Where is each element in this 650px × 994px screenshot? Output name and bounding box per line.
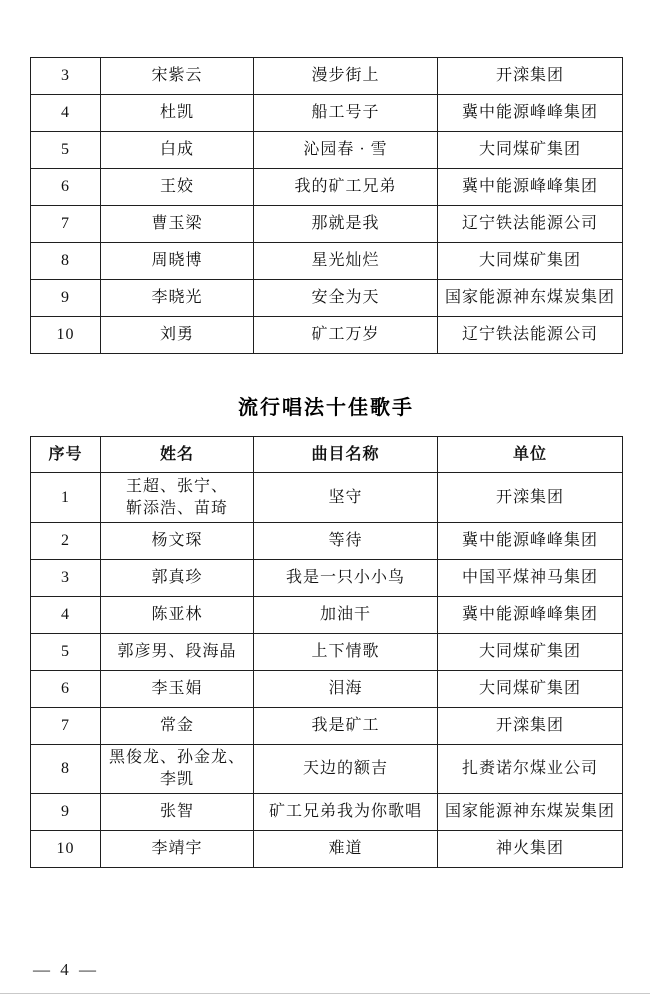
cell-serial: 10 xyxy=(31,831,101,868)
cell-name: 李玉娟 xyxy=(101,671,254,708)
table-row: 4 杜凯 船工号子 冀中能源峰峰集团 xyxy=(31,95,623,132)
cell-organization: 开滦集团 xyxy=(438,58,623,95)
cell-serial: 7 xyxy=(31,206,101,243)
column-header-organization: 单位 xyxy=(438,437,623,473)
cell-organization: 国家能源神东煤炭集团 xyxy=(438,794,623,831)
cell-serial: 10 xyxy=(31,317,101,354)
cell-organization: 神火集团 xyxy=(438,831,623,868)
cell-name: 宋紫云 xyxy=(101,58,254,95)
cell-song: 上下情歌 xyxy=(254,634,438,671)
table-header-row: 序号 姓名 曲目名称 单位 xyxy=(31,437,623,473)
cell-song: 那就是我 xyxy=(254,206,438,243)
pop-singers-table: 序号 姓名 曲目名称 单位 1 王超、张宁、 靳添浩、苗琦 坚守 开滦集团 2 … xyxy=(30,436,623,868)
cell-song: 矿工万岁 xyxy=(254,317,438,354)
singers-table-continued: 3 宋紫云 漫步街上 开滦集团 4 杜凯 船工号子 冀中能源峰峰集团 5 白成 … xyxy=(30,57,623,354)
cell-name: 刘勇 xyxy=(101,317,254,354)
cell-name: 陈亚林 xyxy=(101,597,254,634)
cell-name: 曹玉梁 xyxy=(101,206,254,243)
section-title: 流行唱法十佳歌手 xyxy=(30,395,622,421)
cell-organization: 冀中能源峰峰集团 xyxy=(438,523,623,560)
cell-song: 坚守 xyxy=(254,473,438,523)
table-row: 3 郭真珍 我是一只小小鸟 中国平煤神马集团 xyxy=(31,560,623,597)
cell-serial: 9 xyxy=(31,280,101,317)
table-row: 7 曹玉梁 那就是我 辽宁铁法能源公司 xyxy=(31,206,623,243)
cell-serial: 2 xyxy=(31,523,101,560)
table-row: 3 宋紫云 漫步街上 开滦集团 xyxy=(31,58,623,95)
table-row: 9 李晓光 安全为天 国家能源神东煤炭集团 xyxy=(31,280,623,317)
cell-song: 漫步街上 xyxy=(254,58,438,95)
cell-song: 我是矿工 xyxy=(254,708,438,745)
cell-name: 王姣 xyxy=(101,169,254,206)
table-row: 8 周晓博 星光灿烂 大同煤矿集团 xyxy=(31,243,623,280)
cell-organization: 中国平煤神马集团 xyxy=(438,560,623,597)
table-row: 5 郭彦男、段海晶 上下情歌 大同煤矿集团 xyxy=(31,634,623,671)
cell-organization: 大同煤矿集团 xyxy=(438,671,623,708)
cell-serial: 3 xyxy=(31,58,101,95)
cell-name: 周晓博 xyxy=(101,243,254,280)
cell-song: 船工号子 xyxy=(254,95,438,132)
cell-name: 李晓光 xyxy=(101,280,254,317)
cell-serial: 8 xyxy=(31,745,101,794)
cell-name: 郭真珍 xyxy=(101,560,254,597)
cell-organization: 辽宁铁法能源公司 xyxy=(438,317,623,354)
cell-song: 沁园春 · 雪 xyxy=(254,132,438,169)
cell-name: 常金 xyxy=(101,708,254,745)
cell-organization: 冀中能源峰峰集团 xyxy=(438,95,623,132)
table-row: 7 常金 我是矿工 开滦集团 xyxy=(31,708,623,745)
cell-serial: 1 xyxy=(31,473,101,523)
cell-serial: 4 xyxy=(31,597,101,634)
cell-organization: 辽宁铁法能源公司 xyxy=(438,206,623,243)
cell-organization: 大同煤矿集团 xyxy=(438,634,623,671)
cell-serial: 6 xyxy=(31,169,101,206)
column-header-song: 曲目名称 xyxy=(254,437,438,473)
table-row: 5 白成 沁园春 · 雪 大同煤矿集团 xyxy=(31,132,623,169)
table-row: 10 刘勇 矿工万岁 辽宁铁法能源公司 xyxy=(31,317,623,354)
cell-serial: 4 xyxy=(31,95,101,132)
cell-song: 难道 xyxy=(254,831,438,868)
cell-serial: 8 xyxy=(31,243,101,280)
cell-name: 杜凯 xyxy=(101,95,254,132)
cell-organization: 开滦集团 xyxy=(438,473,623,523)
cell-organization: 国家能源神东煤炭集团 xyxy=(438,280,623,317)
cell-song: 天边的额吉 xyxy=(254,745,438,794)
column-header-serial: 序号 xyxy=(31,437,101,473)
cell-song: 等待 xyxy=(254,523,438,560)
cell-organization: 冀中能源峰峰集团 xyxy=(438,169,623,206)
page-number: — 4 — xyxy=(33,960,99,980)
table-row: 9 张智 矿工兄弟我为你歌唱 国家能源神东煤炭集团 xyxy=(31,794,623,831)
column-header-name: 姓名 xyxy=(101,437,254,473)
cell-name: 黑俊龙、孙金龙、 李凯 xyxy=(101,745,254,794)
cell-name: 张智 xyxy=(101,794,254,831)
cell-serial: 9 xyxy=(31,794,101,831)
cell-song: 泪海 xyxy=(254,671,438,708)
cell-name: 白成 xyxy=(101,132,254,169)
cell-organization: 冀中能源峰峰集团 xyxy=(438,597,623,634)
cell-serial: 3 xyxy=(31,560,101,597)
cell-serial: 7 xyxy=(31,708,101,745)
cell-organization: 大同煤矿集团 xyxy=(438,243,623,280)
cell-song: 矿工兄弟我为你歌唱 xyxy=(254,794,438,831)
table-row: 10 李靖宇 难道 神火集团 xyxy=(31,831,623,868)
cell-organization: 大同煤矿集团 xyxy=(438,132,623,169)
cell-serial: 6 xyxy=(31,671,101,708)
cell-name: 李靖宇 xyxy=(101,831,254,868)
cell-organization: 开滦集团 xyxy=(438,708,623,745)
table-row: 6 王姣 我的矿工兄弟 冀中能源峰峰集团 xyxy=(31,169,623,206)
cell-song: 安全为天 xyxy=(254,280,438,317)
cell-organization: 扎赉诺尔煤业公司 xyxy=(438,745,623,794)
table-row: 1 王超、张宁、 靳添浩、苗琦 坚守 开滦集团 xyxy=(31,473,623,523)
cell-song: 星光灿烂 xyxy=(254,243,438,280)
table-row: 4 陈亚林 加油干 冀中能源峰峰集团 xyxy=(31,597,623,634)
cell-serial: 5 xyxy=(31,132,101,169)
cell-song: 我的矿工兄弟 xyxy=(254,169,438,206)
table-row: 2 杨文琛 等待 冀中能源峰峰集团 xyxy=(31,523,623,560)
cell-song: 我是一只小小鸟 xyxy=(254,560,438,597)
table-row: 6 李玉娟 泪海 大同煤矿集团 xyxy=(31,671,623,708)
cell-song: 加油干 xyxy=(254,597,438,634)
table-row: 8 黑俊龙、孙金龙、 李凯 天边的额吉 扎赉诺尔煤业公司 xyxy=(31,745,623,794)
cell-name: 郭彦男、段海晶 xyxy=(101,634,254,671)
cell-name: 杨文琛 xyxy=(101,523,254,560)
cell-name: 王超、张宁、 靳添浩、苗琦 xyxy=(101,473,254,523)
cell-serial: 5 xyxy=(31,634,101,671)
